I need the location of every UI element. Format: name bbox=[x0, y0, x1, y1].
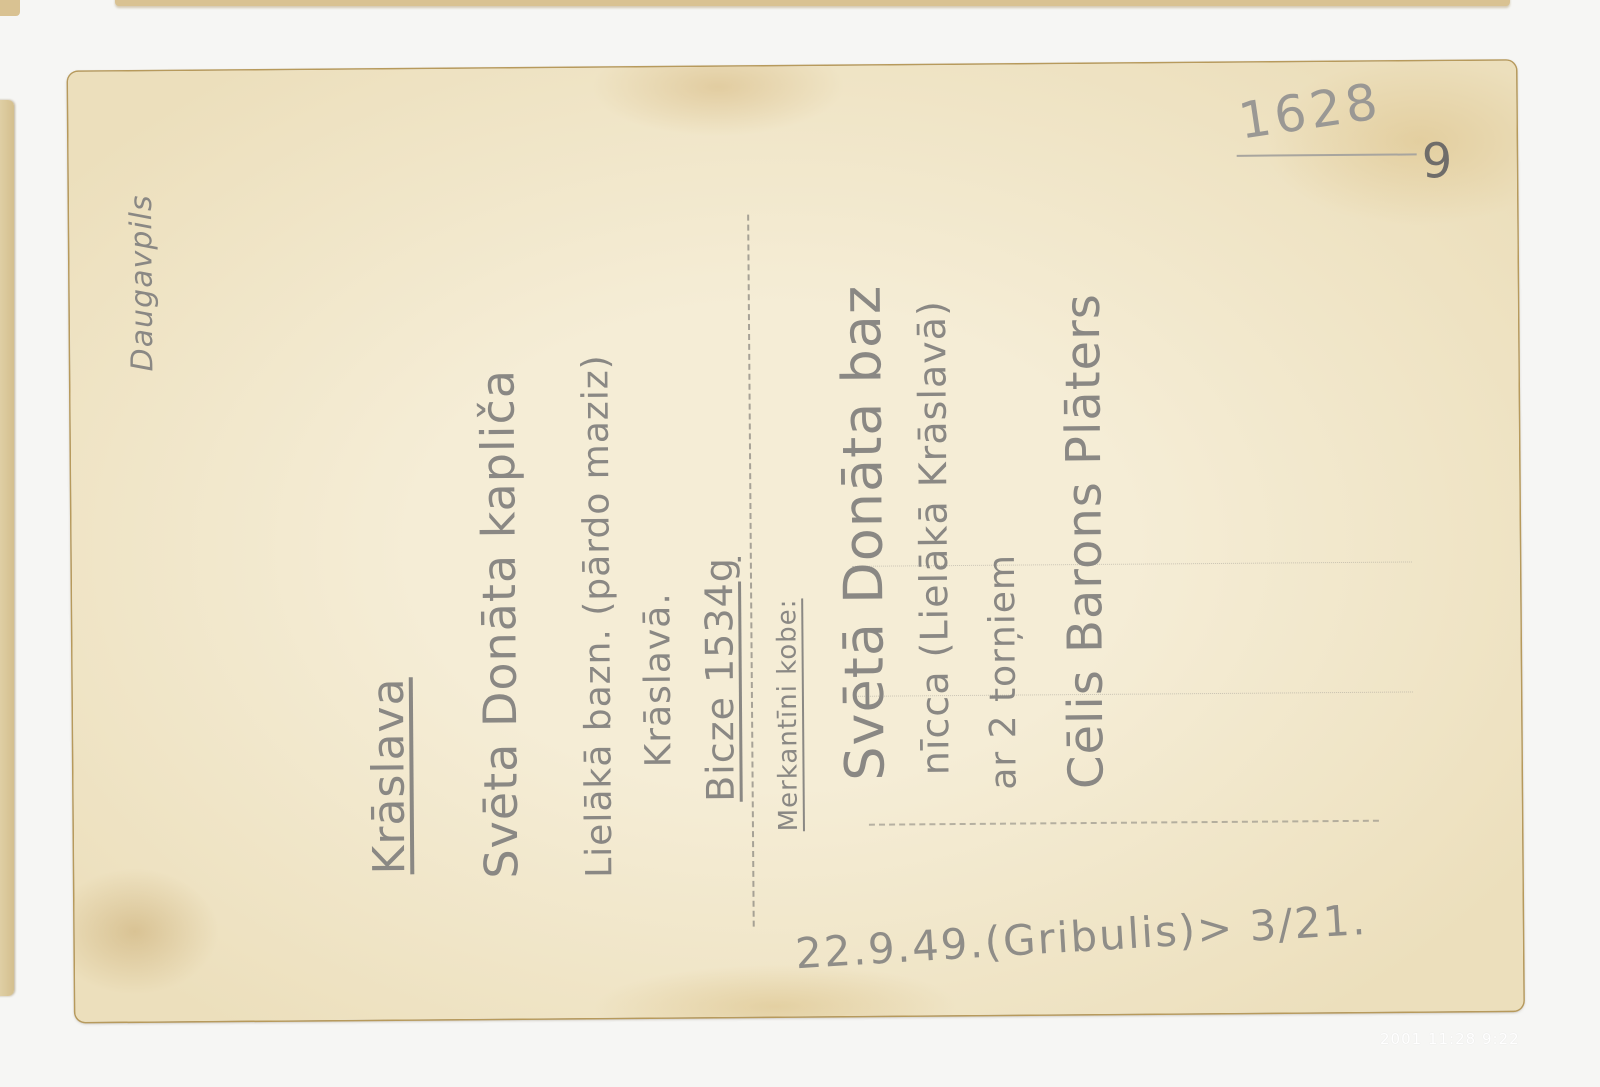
text-line: Lielākā bazn. (pārdo maziz) bbox=[575, 354, 620, 878]
address-divider-vertical bbox=[747, 215, 755, 927]
text-line: Cēlis Barons Plāters bbox=[1055, 293, 1115, 789]
text-line: Svētā Donāta baz bbox=[830, 285, 897, 781]
adjacent-card-top-edge bbox=[115, 0, 1510, 6]
scan-watermark: 2001 11:28 9:22 bbox=[1380, 1030, 1520, 1048]
address-line bbox=[869, 820, 1379, 826]
postcard-back: 1628 9 Daugavpils Krāslava Svēta Donāta … bbox=[68, 61, 1523, 1022]
text-line: Merkantīni kobe: bbox=[772, 598, 804, 831]
text-line: ar 2 torņiem bbox=[982, 554, 1025, 790]
catalog-number: 1628 bbox=[1235, 72, 1385, 150]
sheet-number: 9 bbox=[1422, 133, 1453, 189]
text-line: nīcca (Lielākā Krāslavā) bbox=[910, 300, 958, 775]
corner-label: Daugavpils bbox=[124, 194, 160, 371]
title-line: Krāslava bbox=[363, 677, 416, 874]
bottom-annotation: 22.9.49.(Gribulis)> 3/21. bbox=[794, 895, 1369, 978]
catalog-number-underline bbox=[1237, 153, 1417, 156]
adjacent-card-left-edge bbox=[0, 100, 14, 996]
adjacent-card-corner bbox=[0, 0, 20, 16]
text-line: Krāslavā. bbox=[637, 592, 679, 767]
text-line: Svēta Donāta kapliča bbox=[470, 369, 528, 879]
text-line: Bicze 1534g bbox=[697, 557, 743, 802]
